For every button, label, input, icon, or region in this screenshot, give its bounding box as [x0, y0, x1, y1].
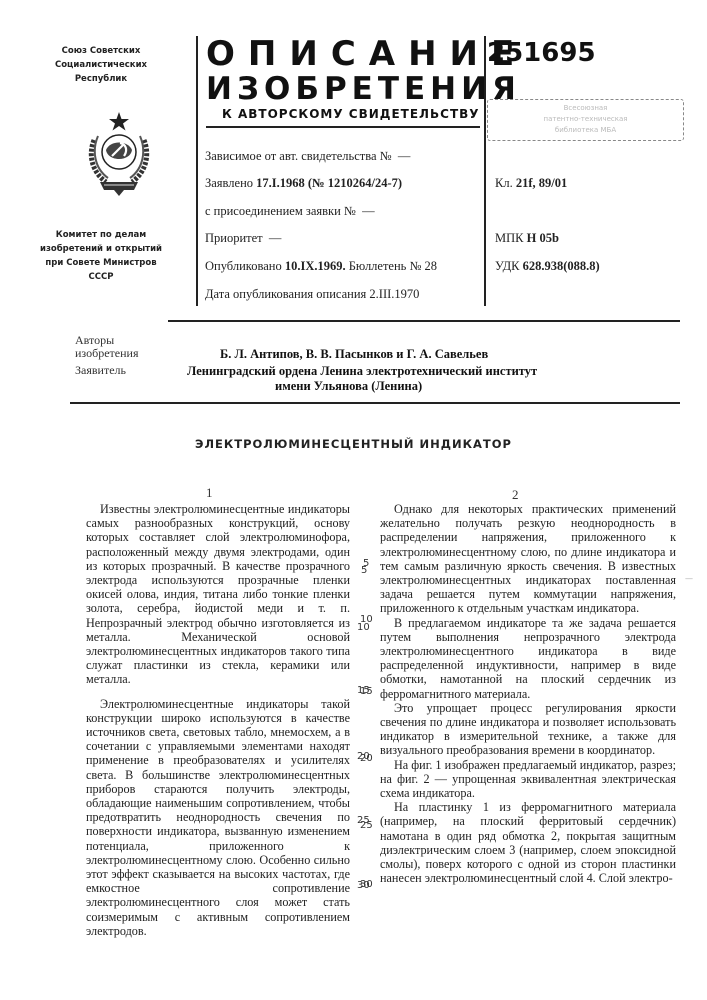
org-name-bottom: Комитет по делам изобретений и открытий … — [22, 228, 180, 284]
meta-value: — — [362, 204, 375, 218]
meta-value: 10.IX.1969. — [285, 259, 346, 273]
paragraph: На пластинку 1 из ферромагнитного матери… — [380, 800, 676, 885]
org-line: Комитет по делам — [22, 228, 180, 242]
class-label: УДК — [495, 259, 519, 273]
column-number-2: 2 — [512, 487, 519, 503]
class-label: МПК — [495, 231, 523, 245]
subtitle: К АВТОРСКОМУ СВИДЕТЕЛЬСТВУ — [222, 107, 480, 121]
meta-value: — — [269, 231, 282, 245]
authors-label-line: изобретения — [75, 347, 138, 360]
stamp-line: патентно-техническая — [488, 114, 683, 125]
meta-label: Заявлено — [205, 176, 253, 190]
divider-left — [196, 36, 198, 306]
title-line-1: ОПИСАНИЕ — [206, 36, 527, 72]
subtitle-underline — [206, 126, 480, 128]
applicant-line-1: Ленинградский ордена Ленина электротехни… — [187, 364, 537, 379]
class-kl: Кл. 21f, 89/01 — [495, 176, 567, 191]
column-2: Однако для некоторых практических примен… — [380, 502, 676, 885]
meta-priority: Приоритет — — [205, 231, 281, 246]
meta-published: Опубликовано 10.IX.1969. Бюллетень № 28 — [205, 259, 437, 274]
meta-value: 17.I.1968 (№ 1210264/24-7) — [256, 176, 402, 190]
meta-description-date: Дата опубликования описания 2.III.1970 — [205, 287, 419, 302]
line-number: 20 — [357, 751, 370, 762]
header-rule — [168, 320, 680, 322]
patent-number: 251695 — [487, 38, 596, 68]
ussr-state-emblem-icon — [84, 110, 154, 196]
line-number: 5 — [361, 565, 367, 576]
line-number: 30 — [357, 880, 370, 891]
stamp-line: библиотека МБА — [488, 125, 683, 136]
title-line-2: ИЗОБРЕТЕНИЯ — [206, 72, 521, 106]
meta-label: Зависимое от авт. свидетельства № — [205, 149, 392, 163]
authors-rule — [70, 402, 680, 404]
org-line: СССР — [22, 270, 180, 284]
paragraph: На фиг. 1 изображен предлагаемый индикат… — [380, 758, 676, 801]
meta-label: Дата опубликования описания — [205, 287, 366, 301]
paragraph: В предлагаемом индикаторе та же задача р… — [380, 616, 676, 701]
column-1: Известны электролюминесцентные индикатор… — [86, 502, 350, 938]
class-udk: УДК 628.938(088.8) — [495, 259, 600, 274]
org-name-top: Союз Советских Социалистических Республи… — [22, 44, 180, 86]
org-line: Союз Советских — [22, 44, 180, 58]
class-value: 628.938(088.8) — [523, 259, 600, 273]
meta-joined: с присоединением заявки № — — [205, 204, 375, 219]
paragraph: Однако для некоторых практических примен… — [380, 502, 676, 616]
scan-mark: — — [685, 574, 693, 583]
line-number: 10 — [357, 622, 370, 633]
meta-label: с присоединением заявки № — [205, 204, 356, 218]
paragraph: Известны электролюминесцентные индикатор… — [86, 502, 350, 687]
meta-filed: Заявлено 17.I.1968 (№ 1210264/24-7) — [205, 176, 402, 191]
class-value: 21f, 89/01 — [516, 176, 567, 190]
document-title: ЭЛЕКТРОЛЮМИНЕСЦЕНТНЫЙ ИНДИКАТОР — [0, 437, 707, 451]
paragraph: Это упрощает процесс регулирования яркос… — [380, 701, 676, 758]
class-label: Кл. — [495, 176, 513, 190]
paragraph: Электролюминесцентные индикаторы такой к… — [86, 697, 350, 938]
applicant-label: Заявитель — [75, 364, 126, 377]
meta-value: 2.III.1970 — [369, 287, 419, 301]
org-line: Республик — [22, 72, 180, 86]
meta-bulletin: Бюллетень № 28 — [349, 259, 437, 273]
stamp-line: Всесоюзная — [488, 103, 683, 114]
library-stamp: Всесоюзная патентно-техническая библиоте… — [487, 99, 684, 141]
column-number-1: 1 — [206, 485, 213, 501]
authors-value: Б. Л. Антипов, В. В. Пасынков и Г. А. Са… — [220, 347, 488, 362]
class-value: H 05b — [527, 231, 559, 245]
meta-label: Опубликовано — [205, 259, 282, 273]
line-number: 25 — [357, 815, 370, 826]
org-line: изобретений и открытий — [22, 242, 180, 256]
meta-label: Приоритет — [205, 231, 263, 245]
applicant-line-2: имени Ульянова (Ленина) — [275, 379, 422, 394]
authors-label: Авторы изобретения — [75, 334, 138, 360]
org-line: при Совете Министров — [22, 256, 180, 270]
line-number: 15 — [357, 685, 370, 696]
org-line: Социалистических — [22, 58, 180, 72]
class-mpk: МПК H 05b — [495, 231, 559, 246]
meta-value: — — [398, 149, 411, 163]
meta-dependent: Зависимое от авт. свидетельства № — — [205, 149, 410, 164]
